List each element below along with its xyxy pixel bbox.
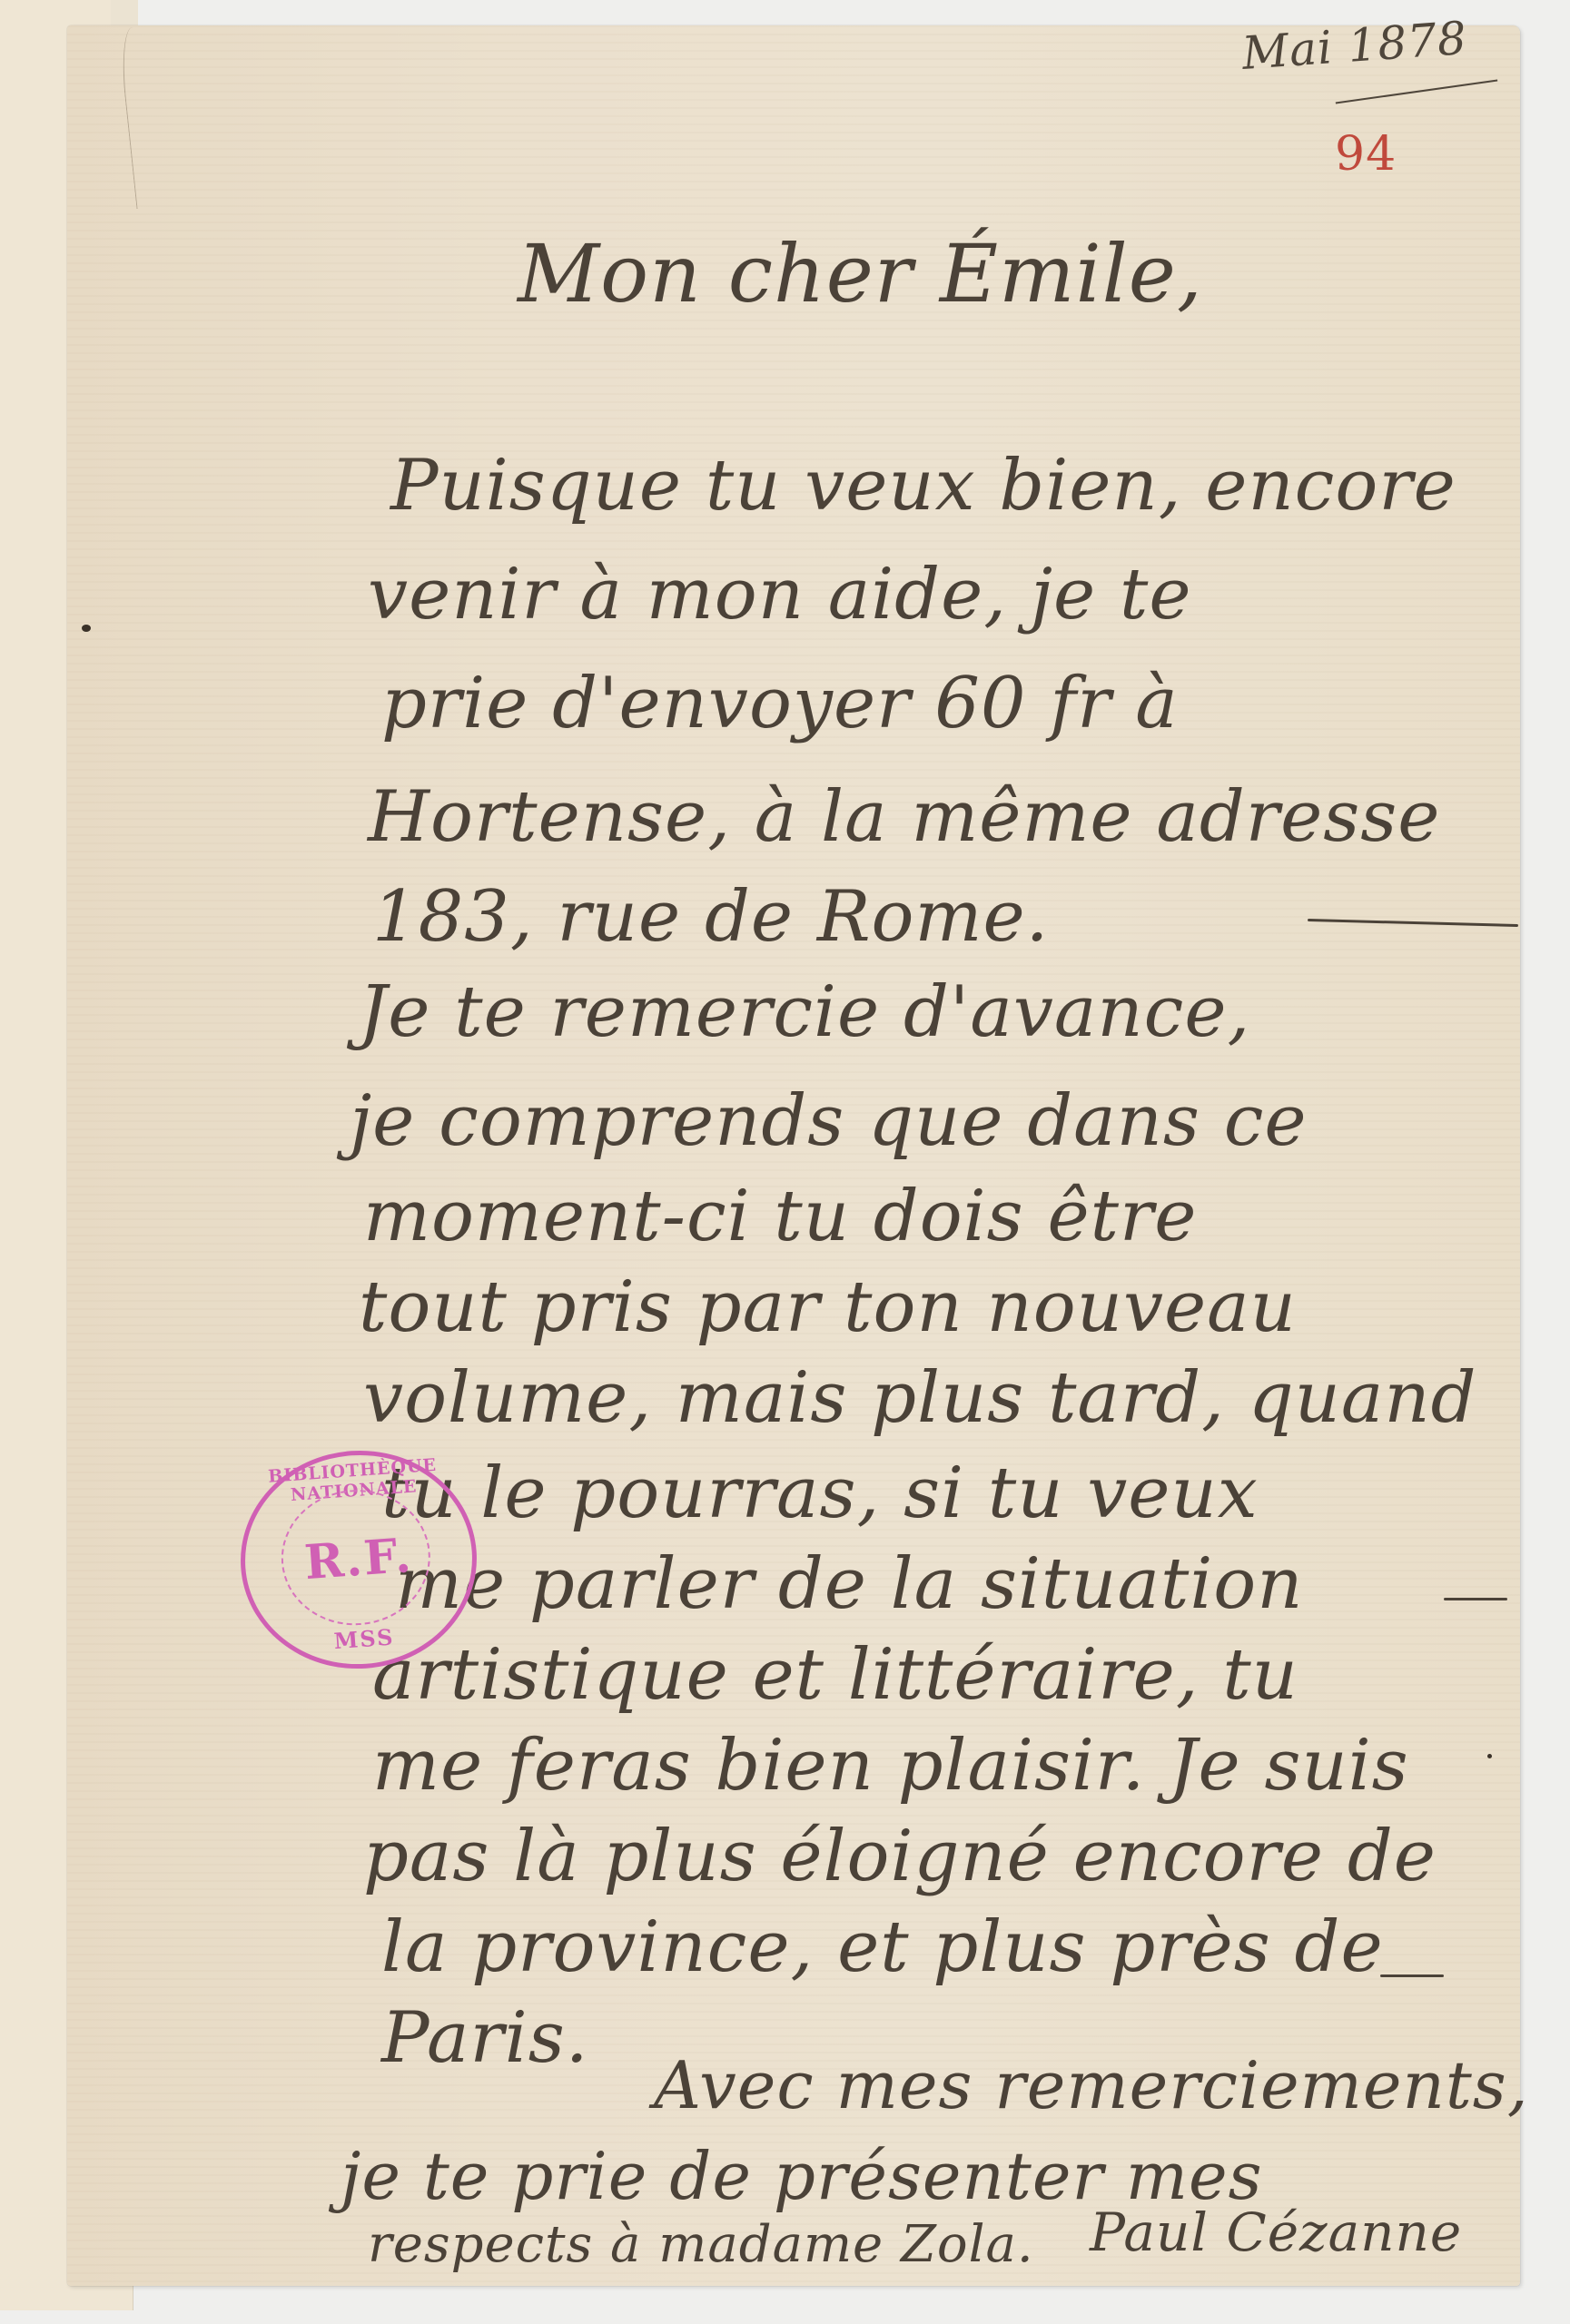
letter-line: volume, mais plus tard, quand [363, 1357, 1477, 1439]
letter-line: moment-ci tu dois être [363, 1176, 1197, 1257]
letter-line: 183, rue de Rome. [372, 876, 1049, 958]
letter-line: Je te remercie d'avance, [359, 971, 1250, 1053]
library-stamp: BIBLIOTHÈQUE NATIONALE R.F. MSS [233, 1443, 484, 1677]
letter-greeting: Mon cher Émile, [518, 227, 1203, 320]
ink-speck [1487, 1754, 1492, 1758]
letter-line: pas là plus éloigné encore de [363, 1816, 1437, 1897]
letter-line: venir à mon aide, je te [368, 554, 1192, 635]
mount-strip [111, 0, 138, 27]
letter-line: tu le pourras, si tu veux [381, 1452, 1259, 1534]
folio-number: 94 [1335, 127, 1397, 182]
signature: Paul Cézanne [1090, 2201, 1462, 2263]
letter-line: me parler de la situation [395, 1543, 1304, 1625]
letter-line: Paris. [381, 1997, 589, 2079]
letter-line: Puisque tu veux bien, encore [390, 445, 1456, 527]
letter-line: me feras bien plaisir. Je suis [372, 1725, 1409, 1807]
letter-line: artistique et littéraire, tu [372, 1634, 1298, 1716]
letter-line: prie d'envoyer 60 fr à [381, 663, 1179, 744]
stamp-center-text: R.F. [243, 1523, 474, 1594]
letter-line: la province, et plus près de [381, 1906, 1384, 1988]
line-filler-dash [1380, 1974, 1444, 1977]
ink-dot [82, 625, 91, 632]
letter-line: Hortense, à la même adresse [368, 776, 1440, 858]
letter-line: Avec mes remerciements, [654, 2047, 1529, 2123]
letter-line: respects à madame Zola. [368, 2215, 1034, 2274]
letter-line: tout pris par ton nouveau [359, 1266, 1297, 1348]
line-filler-dash [1444, 1598, 1507, 1600]
letter-line: je comprends que dans ce [350, 1080, 1308, 1162]
